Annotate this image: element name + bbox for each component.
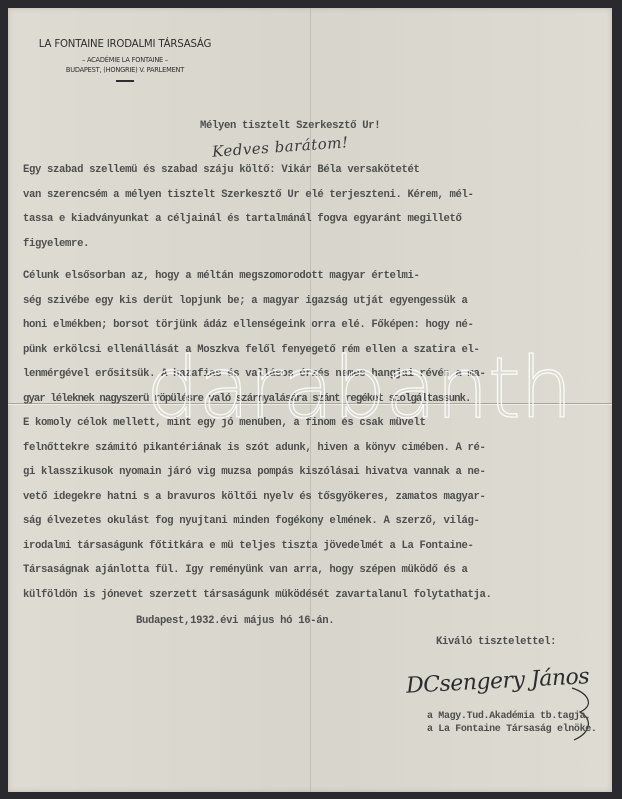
body-line: gyar léleknek nagyszerü röpülésre való s…: [23, 387, 603, 412]
body-line: honi elmékben; borsot törjünk ádáz ellen…: [23, 313, 603, 338]
salutation: Mélyen tisztelt Szerkesztő Ur!: [200, 120, 380, 132]
body-line: gi klasszikusok nyomain járó vig muzsa p…: [23, 460, 603, 485]
letterhead-address: BUDAPEST, (HONGRIE) V. PARLEMENT: [30, 65, 220, 75]
signer-title-society: a La Fontaine Társaság elnöke.: [427, 724, 597, 735]
letterhead-subtitle: – ACADÉMIE LA FONTAINE –: [30, 55, 220, 65]
body-line: tassa e kiadványunkat a céljainál és tar…: [23, 207, 603, 232]
body-line: figyelemre.: [23, 232, 603, 257]
body-line: felnőttekre számitó pikantériának is szó…: [23, 436, 603, 461]
body-line: Célunk elsősorban az, hogy a méltán megs…: [23, 264, 603, 289]
letterhead-title: LA FONTAINE IRODALMI TÁRSASÁG: [30, 38, 220, 51]
paragraph-gap: [23, 256, 603, 264]
body-line: ség szivébe egy kis derüt lopjunk be; a …: [23, 289, 603, 314]
body-line: Társaságnak ajánlotta fül. Igy reményünk…: [23, 558, 603, 583]
body-line: ság élvezetes okulást fog nyujtani minde…: [23, 509, 603, 534]
letter-body: Egy szabad szellemü és szabad száju költ…: [23, 158, 603, 607]
body-line: pünk erkölcsi ellenállását a Moszkva fel…: [23, 338, 603, 363]
signer-title-academy: a Magy.Tud.Akadémia tb.tagja,: [427, 711, 591, 722]
body-line: Egy szabad szellemü és szabad száju költ…: [23, 158, 603, 183]
body-line: vető idegekre hatni s a bravuros költői …: [23, 485, 603, 510]
body-line: külföldön is jónevet szerzett társaságun…: [23, 583, 603, 608]
body-line: lenmérgével erősitsük. A hazafias és val…: [23, 362, 603, 387]
letter-page: LA FONTAINE IRODALMI TÁRSASÁG – ACADÉMIE…: [8, 8, 612, 792]
date-line: Budapest,1932.évi május hó 16-án.: [136, 615, 334, 627]
body-line: irodalmi társaságunk főtitkára e mü telj…: [23, 534, 603, 559]
letterhead-rule: [116, 80, 134, 82]
closing: Kiváló tisztelettel:: [436, 636, 556, 648]
body-line: E komoly célok mellett, mint egy jó menü…: [23, 411, 603, 436]
letterhead: LA FONTAINE IRODALMI TÁRSASÁG – ACADÉMIE…: [30, 38, 220, 82]
handwritten-greeting: Kedves barátom!: [212, 133, 350, 160]
body-line: van szerencsém a mélyen tisztelt Szerkes…: [23, 183, 603, 208]
signature: DCsengery János: [405, 664, 589, 699]
